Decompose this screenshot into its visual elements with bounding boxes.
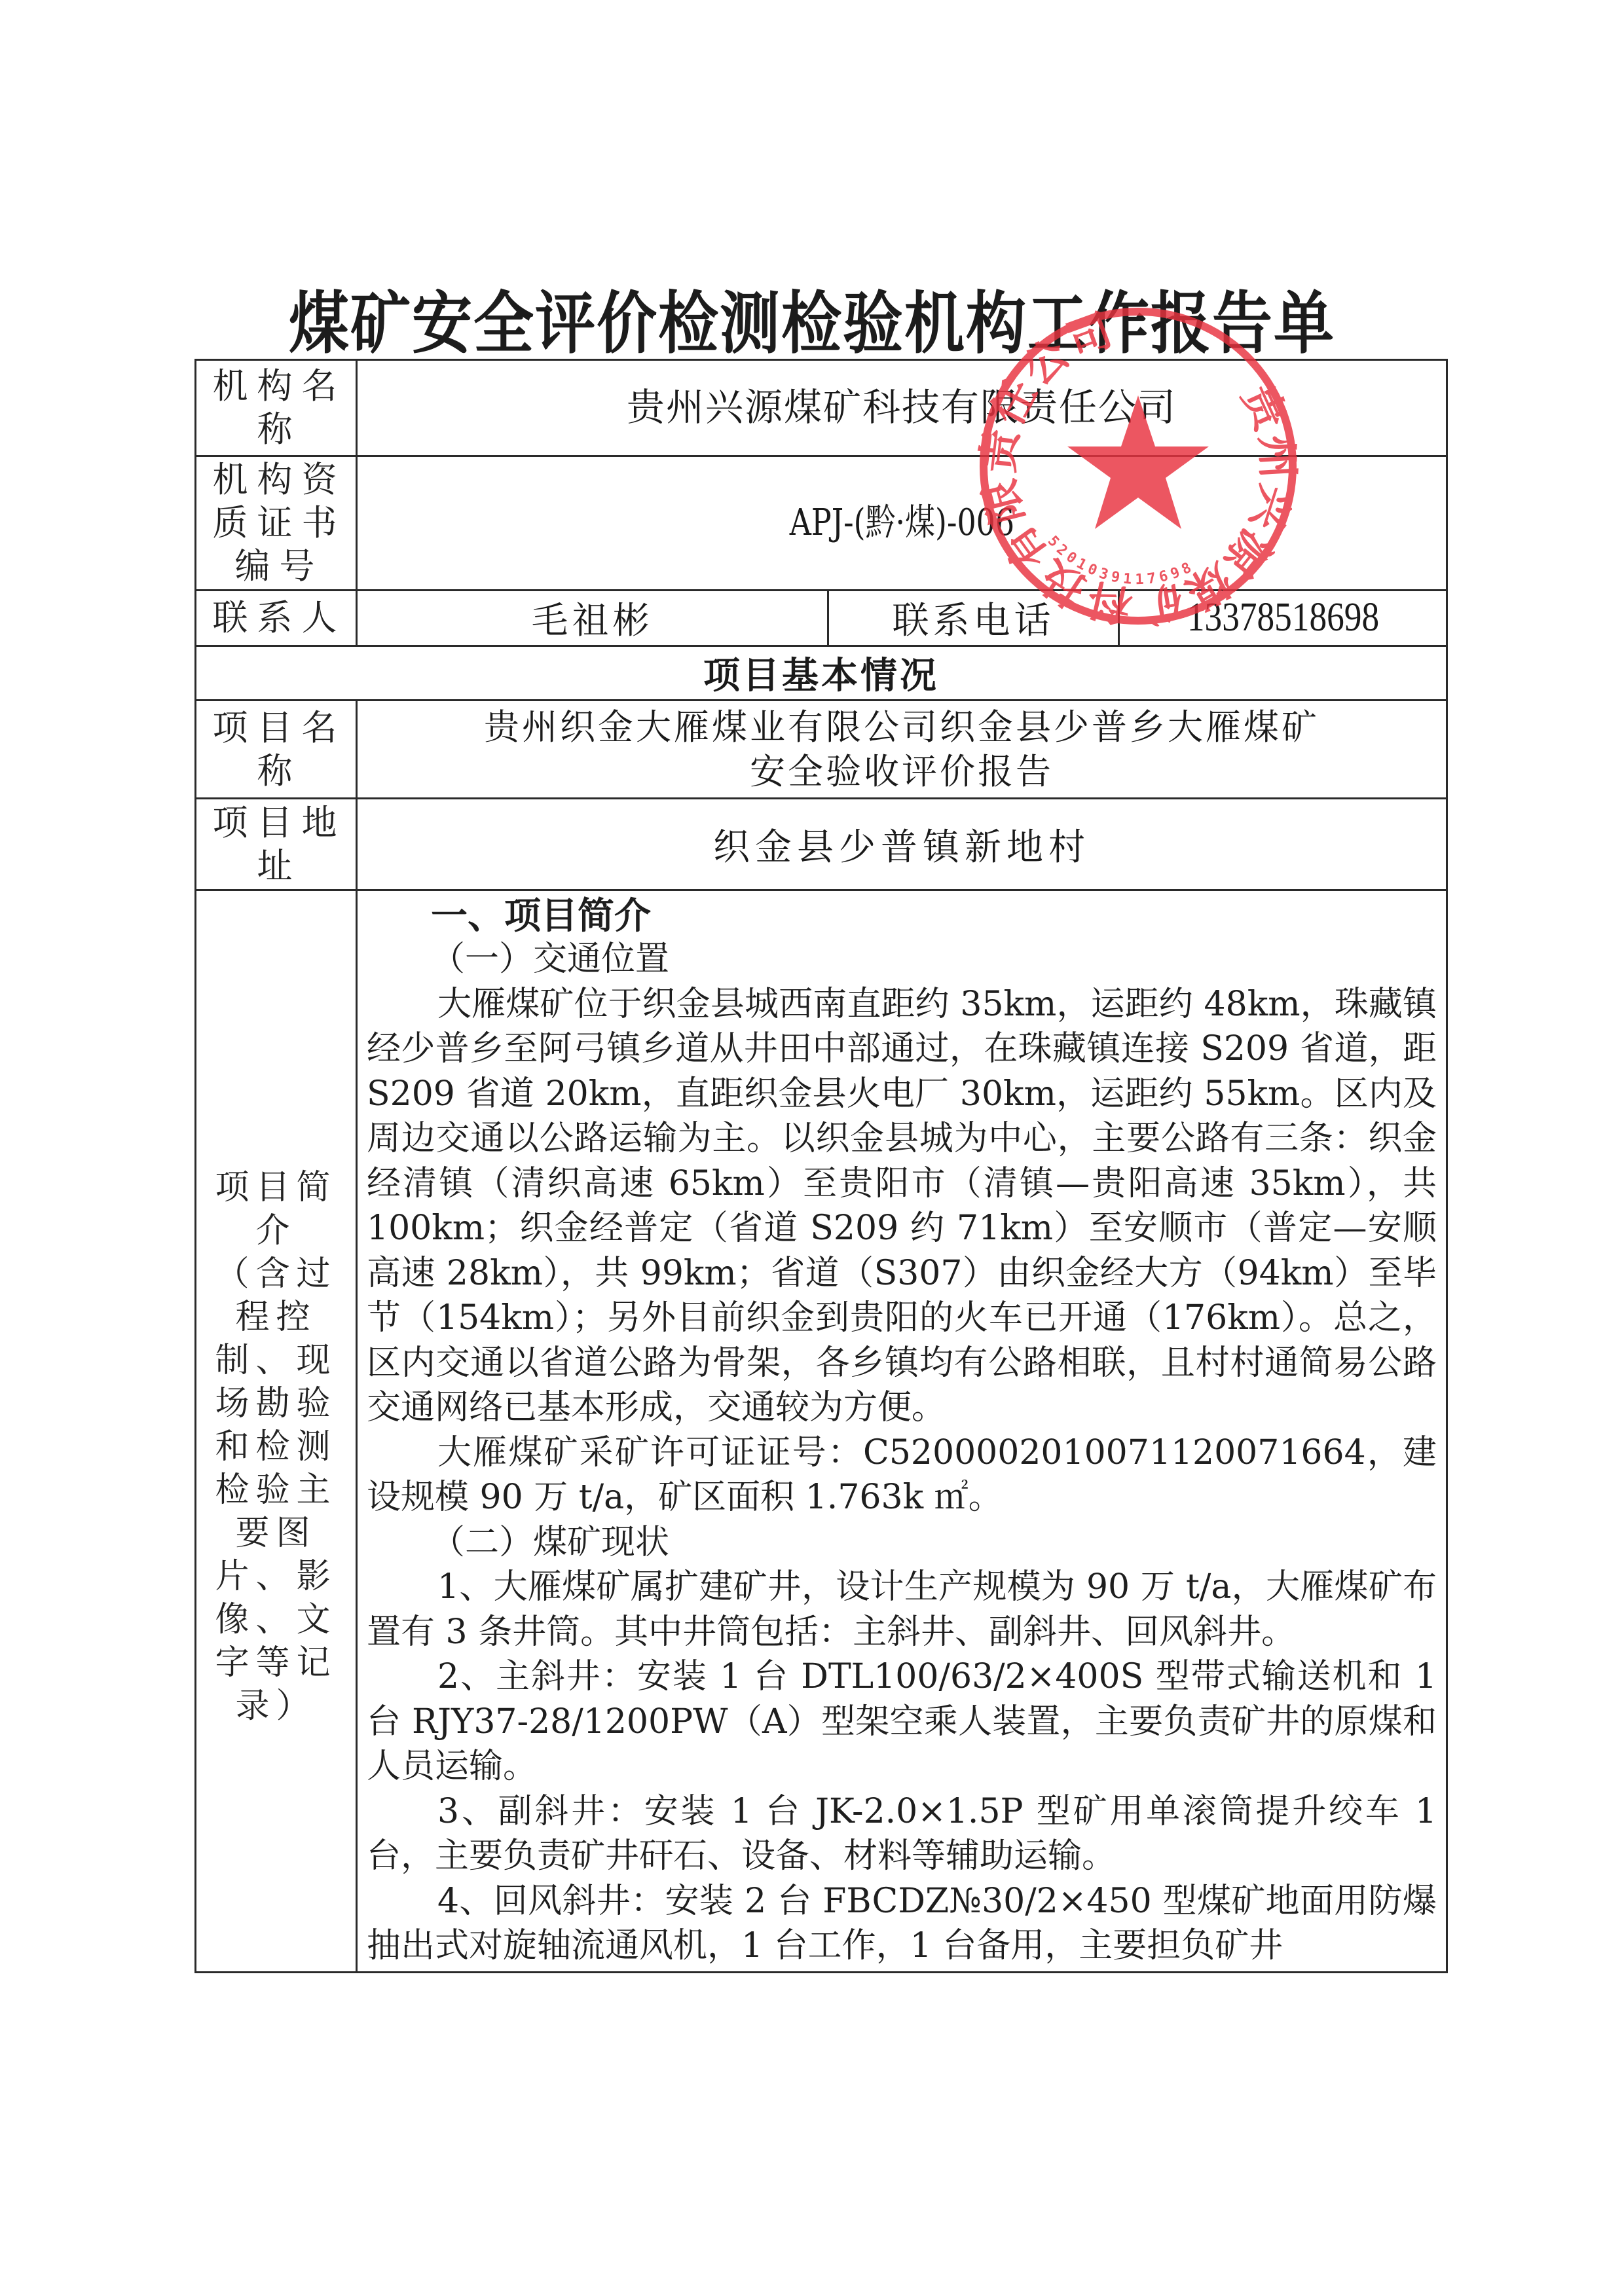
row-project-summary: 项目简 介 （含过 程控 制、现 场勘验 和检测 检验主 要图 片、影 像、文 … [196, 890, 1447, 1973]
certificate-label: 机构资 质证书 编号 [196, 456, 357, 591]
phone-value: 13378518698 [1119, 591, 1447, 646]
subheading-status: （二）煤矿现状 [367, 1520, 1437, 1565]
institution-name-label: 机构名 称 [196, 360, 357, 456]
project-address-label: 项目地 址 [196, 799, 357, 890]
phone-label: 联系电话 [828, 591, 1119, 646]
row-section-header: 项目基本情况 [196, 646, 1447, 701]
row-project-address: 项目地 址 织金县少普镇新地村 [196, 799, 1447, 890]
paragraph-main-incline: 2、主斜井：安装 1 台 DTL100/63/2×400S 型带式输送机和 1 … [367, 1654, 1437, 1789]
row-certificate: 机构资 质证书 编号 APJ-(黔·煤)-006 [196, 456, 1447, 591]
document-title: 煤矿安全评价检测检验机构工作报告单 [0, 270, 1624, 367]
institution-name-value: 贵州兴源煤矿科技有限责任公司 [357, 360, 1447, 456]
paragraph-license: 大雁煤矿采矿许可证证号：C5200002010071120071664，建设规模… [367, 1430, 1437, 1520]
contact-label: 联系人 [196, 591, 357, 646]
paragraph-shafts: 1、大雁煤矿属扩建矿井，设计生产规模为 90 万 t/a，大雁煤矿布置有 3 条… [367, 1565, 1437, 1654]
project-section-title: 项目基本情况 [196, 646, 1447, 701]
contact-value: 毛祖彬 [357, 591, 828, 646]
report-table: 机构名 称 贵州兴源煤矿科技有限责任公司 机构资 质证书 编号 APJ-(黔·煤… [194, 359, 1448, 1973]
project-summary-body: 一、项目简介 （一）交通位置 大雁煤矿位于织金县城西南直距约 35km，运距约 … [357, 890, 1447, 1973]
paragraph-traffic: 大雁煤矿位于织金县城西南直距约 35km，运距约 48km，珠藏镇经少普乡至阿弓… [367, 982, 1437, 1430]
project-name-value: 贵州织金大雁煤业有限公司织金县少普乡大雁煤矿 安全验收评价报告 [357, 701, 1447, 799]
project-name-label: 项目名 称 [196, 701, 357, 799]
summary-heading: 一、项目简介 [367, 896, 1437, 937]
row-institution-name: 机构名 称 贵州兴源煤矿科技有限责任公司 [196, 360, 1447, 456]
project-address-value: 织金县少普镇新地村 [357, 799, 1447, 890]
project-summary-label: 项目简 介 （含过 程控 制、现 场勘验 和检测 检验主 要图 片、影 像、文 … [196, 890, 357, 1973]
paragraph-auxiliary-incline: 3、副斜井：安装 1 台 JK-2.0×1.5P 型矿用单滚筒提升绞车 1 台，… [367, 1789, 1437, 1879]
certificate-value: APJ-(黔·煤)-006 [357, 456, 1447, 591]
paragraph-return-air-incline: 4、回风斜井：安装 2 台 FBCDZ№30/2×450 型煤矿地面用防爆抽出式… [367, 1879, 1437, 1969]
row-contact: 联系人 毛祖彬 联系电话 13378518698 [196, 591, 1447, 646]
subheading-traffic: （一）交通位置 [367, 937, 1437, 982]
row-project-name: 项目名 称 贵州织金大雁煤业有限公司织金县少普乡大雁煤矿 安全验收评价报告 [196, 701, 1447, 799]
